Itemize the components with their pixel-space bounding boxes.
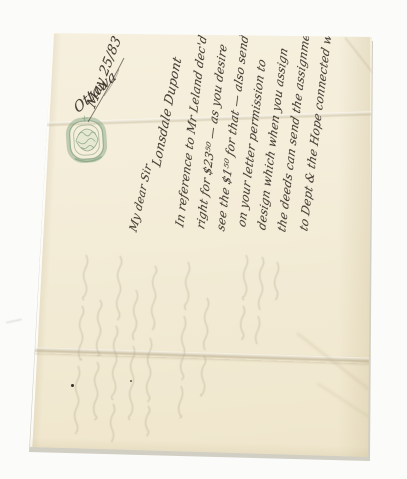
ghost-writing-stroke: [185, 262, 190, 310]
ghost-writing-stroke: [112, 326, 118, 400]
ghost-writing-stroke: [147, 338, 152, 402]
ghost-writing-stroke: [201, 356, 206, 396]
ghost-writing-stroke: [133, 290, 138, 340]
ghost-writing-stroke: [181, 316, 186, 380]
scanner-smudge: [6, 318, 22, 323]
ghost-writing-stroke: [179, 386, 183, 418]
ghost-writing: [0, 0, 407, 479]
ghost-writing-stroke: [117, 256, 122, 320]
ghost-writing-stroke: [259, 257, 264, 310]
ghost-writing-stroke: [129, 346, 135, 420]
ghost-writing-stroke: [243, 255, 248, 300]
ghost-writing-stroke: [94, 362, 99, 420]
ghost-writing-stroke: [97, 300, 102, 356]
ghost-writing-stroke: [152, 266, 157, 330]
ghost-writing-stroke: [204, 298, 209, 350]
ghost-writing-stroke: [241, 306, 245, 340]
scanned-letter-page: { "scan": { "background_color": "#fbfbf9…: [0, 0, 407, 479]
ghost-writing-stroke: [256, 316, 260, 344]
ghost-writing-stroke: [83, 255, 88, 300]
ghost-writing-stroke: [111, 404, 115, 442]
ghost-writing-stroke: [146, 406, 150, 436]
ghost-writing-stroke: [75, 366, 80, 434]
ghost-writing-stroke: [275, 262, 279, 300]
ghost-writing-stroke: [79, 306, 84, 360]
letter-paper: Ottawa May 25/83 Lonsdale Dupont My dear…: [0, 0, 407, 479]
ink-speck: [71, 384, 74, 387]
ink-speck: [130, 380, 132, 382]
